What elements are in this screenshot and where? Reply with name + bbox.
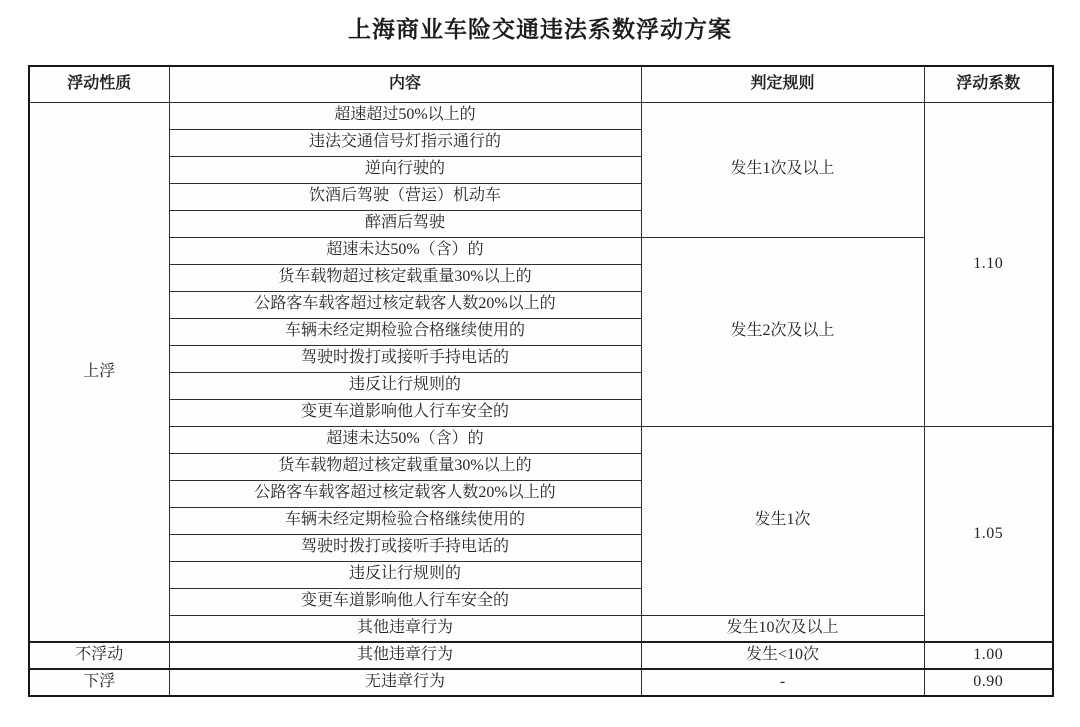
rule-cell: 发生10次及以上 xyxy=(641,615,924,642)
coefficient-cell: 1.05 xyxy=(924,426,1053,642)
table-row: 超速未达50%（含）的 发生1次 1.05 xyxy=(29,426,1053,453)
content-cell: 逆向行驶的 xyxy=(169,156,641,183)
table-row: 上浮 超速超过50%以上的 发生1次及以上 1.10 xyxy=(29,102,1053,129)
content-cell: 超速未达50%（含）的 xyxy=(169,426,641,453)
coefficient-cell: 0.90 xyxy=(924,669,1053,696)
table-header-row: 浮动性质 内容 判定规则 浮动系数 xyxy=(29,66,1053,102)
rule-cell: 发生2次及以上 xyxy=(641,237,924,426)
rule-cell: - xyxy=(641,669,924,696)
content-cell: 醉酒后驾驶 xyxy=(169,210,641,237)
nature-cell-up: 上浮 xyxy=(29,102,169,642)
content-cell: 其他违章行为 xyxy=(169,615,641,642)
coefficient-cell: 1.10 xyxy=(924,102,1053,426)
rule-cell: 发生1次及以上 xyxy=(641,102,924,237)
header-content: 内容 xyxy=(169,66,641,102)
content-cell: 违反让行规则的 xyxy=(169,372,641,399)
table-row: 超速未达50%（含）的 发生2次及以上 xyxy=(29,237,1053,264)
content-cell: 公路客车载客超过核定载客人数20%以上的 xyxy=(169,480,641,507)
rule-cell: 发生<10次 xyxy=(641,642,924,669)
table-row: 下浮 无违章行为 - 0.90 xyxy=(29,669,1053,696)
content-cell: 违法交通信号灯指示通行的 xyxy=(169,129,641,156)
content-cell: 驾驶时拨打或接听手持电话的 xyxy=(169,534,641,561)
content-cell: 无违章行为 xyxy=(169,669,641,696)
coefficient-cell: 1.00 xyxy=(924,642,1053,669)
content-cell: 驾驶时拨打或接听手持电话的 xyxy=(169,345,641,372)
content-cell: 超速超过50%以上的 xyxy=(169,102,641,129)
content-cell: 变更车道影响他人行车安全的 xyxy=(169,588,641,615)
content-cell: 货车载物超过核定载重量30%以上的 xyxy=(169,264,641,291)
content-cell: 饮酒后驾驶（营运）机动车 xyxy=(169,183,641,210)
content-cell: 超速未达50%（含）的 xyxy=(169,237,641,264)
header-rule: 判定规则 xyxy=(641,66,924,102)
page-title: 上海商业车险交通违法系数浮动方案 xyxy=(0,0,1080,44)
rule-cell: 发生1次 xyxy=(641,426,924,615)
header-coefficient: 浮动系数 xyxy=(924,66,1053,102)
content-cell: 变更车道影响他人行车安全的 xyxy=(169,399,641,426)
content-cell: 车辆未经定期检验合格继续使用的 xyxy=(169,507,641,534)
content-cell: 货车载物超过核定载重量30%以上的 xyxy=(169,453,641,480)
nature-cell-down: 下浮 xyxy=(29,669,169,696)
content-cell: 违反让行规则的 xyxy=(169,561,641,588)
content-cell: 其他违章行为 xyxy=(169,642,641,669)
nature-cell-none: 不浮动 xyxy=(29,642,169,669)
header-nature: 浮动性质 xyxy=(29,66,169,102)
content-cell: 车辆未经定期检验合格继续使用的 xyxy=(169,318,641,345)
table-row: 其他违章行为 发生10次及以上 xyxy=(29,615,1053,642)
violation-coefficient-table: 浮动性质 内容 判定规则 浮动系数 上浮 超速超过50%以上的 发生1次及以上 … xyxy=(28,65,1054,697)
table-row: 不浮动 其他违章行为 发生<10次 1.00 xyxy=(29,642,1053,669)
content-cell: 公路客车载客超过核定载客人数20%以上的 xyxy=(169,291,641,318)
